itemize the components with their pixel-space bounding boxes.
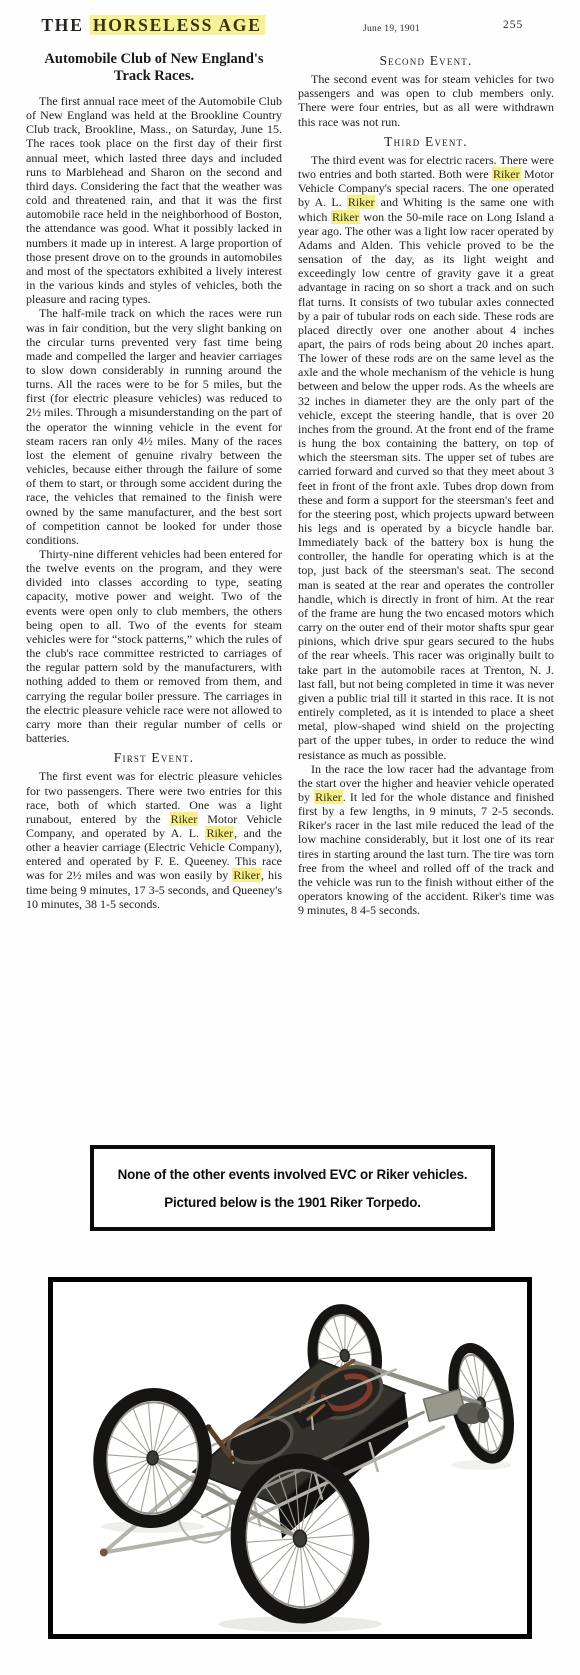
annotation-line-1: None of the other events involved EVC or… [94, 1161, 491, 1189]
left-column: Automobile Club of New England'sTrack Ra… [26, 48, 282, 1141]
event-heading: Second Event. [298, 54, 554, 68]
highlighted-text: Riker [205, 826, 234, 840]
article-title: Automobile Club of New England'sTrack Ra… [26, 51, 282, 85]
paragraph: The half-mile track on which the races w… [26, 306, 282, 547]
highlighted-text: Riker [347, 195, 376, 209]
highlighted-text: Riker [314, 790, 343, 804]
highlighted-text: Riker [170, 812, 199, 826]
tiller-tip [100, 1548, 108, 1556]
event-heading: Third Event. [298, 135, 554, 149]
paragraph: The first annual race meet of the Automo… [26, 94, 282, 306]
page-header: THE HORSELESS AGE June 19, 1901 255 [0, 0, 580, 46]
paragraph: The third event was for electric racers.… [298, 153, 554, 762]
front-left-wheel [95, 1391, 209, 1525]
shadow [451, 1460, 511, 1470]
magazine-page: THE HORSELESS AGE June 19, 1901 255 Auto… [0, 0, 580, 1675]
highlighted-text: Riker [232, 868, 261, 882]
paragraph: The first event was for electric pleasur… [26, 769, 282, 911]
masthead-plain: THE [41, 15, 83, 35]
masthead-highlight: HORSELESS AGE [90, 15, 265, 35]
paragraph: Thirty-nine different vehicles had been … [26, 547, 282, 745]
paragraph: The second event was for steam vehicles … [298, 72, 554, 129]
issue-date: June 19, 1901 [363, 24, 420, 34]
right-column: Second Event.The second event was for st… [298, 48, 554, 1141]
event-heading: First Event. [26, 751, 282, 765]
riker-torpedo-illustration [53, 1282, 527, 1634]
annotation-box: None of the other events involved EVC or… [90, 1145, 495, 1231]
article-columns: Automobile Club of New England'sTrack Ra… [0, 48, 580, 1141]
highlighted-text: Riker [492, 167, 521, 181]
riker-torpedo-photo [48, 1277, 532, 1639]
paragraph: In the race the low racer had the advant… [298, 762, 554, 918]
page-number: 255 [503, 19, 523, 31]
journal-masthead: THE HORSELESS AGE [26, 15, 280, 36]
highlighted-text: Riker [331, 210, 360, 224]
annotation-line-2: Pictured below is the 1901 Riker Torpedo… [94, 1189, 491, 1217]
motor-end [477, 1407, 489, 1423]
